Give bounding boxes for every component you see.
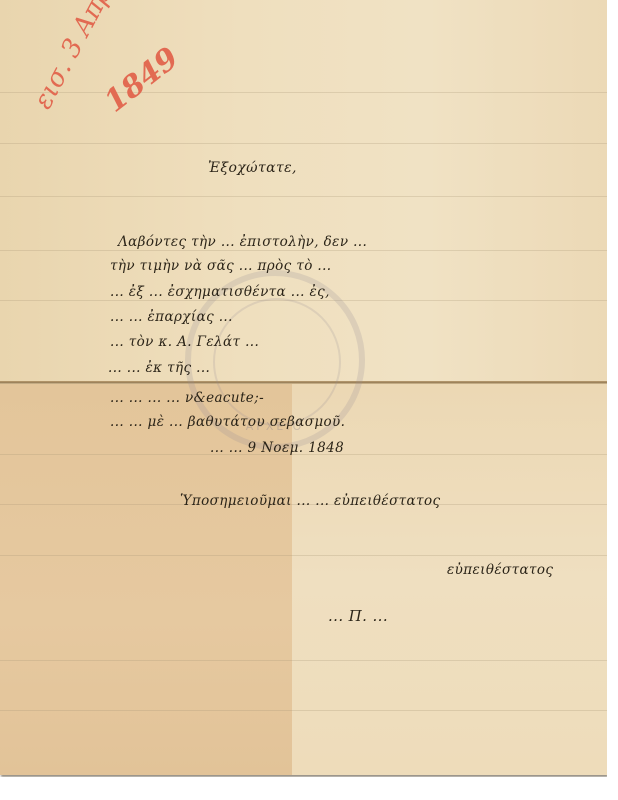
ruled-line [0,196,607,197]
letter-page: ΑΡΧΕΙΟ εισ. 3 Απριλ. 1849 Ἐξοχώτατε, Λαβ… [0,0,607,775]
ruled-line [0,660,607,661]
body-line-1: Λαβόντες τὴν ... ἐπιστολὴν, δεν ... [118,234,367,250]
date-line: ... ... 9 Νοεμ. 1848 [210,440,344,456]
scan-margin-right [607,0,618,800]
signature-title: εὐπειθέστατος [447,562,553,578]
ruled-line [0,710,607,711]
ruled-line [0,143,607,144]
body-line-2: τὴν τιμὴν νὰ σᾶς ... πρὸς τὸ ... [110,258,332,274]
closing-line: Ὑποσημειοῦμαι ... ... εὐπειθέστατος [180,493,440,509]
body-line-6: ... ... ἐκ τῆς ... [108,360,210,376]
body-line-3: ... ἐξ ... ἐσχηματισθέντα ... ἐς, [110,284,330,300]
ruled-line [0,250,607,251]
salutation: Ἐξοχώτατε, [208,160,297,176]
body-line-7: ... ... ... ... ν&eacute;- [110,390,264,406]
body-line-5: ... τὸν κ. Α. Γελάτ ... [110,334,259,350]
signature: ... Π. ... [328,607,388,625]
ruled-line [0,555,607,556]
scan-margin-bottom [0,777,618,800]
ruled-line [0,92,607,93]
body-line-8: ... ... μὲ ... βαθυτάτου σεβασμοῦ. [110,414,345,430]
body-line-4: ... ... ἐπαρχίας ... [110,309,233,325]
